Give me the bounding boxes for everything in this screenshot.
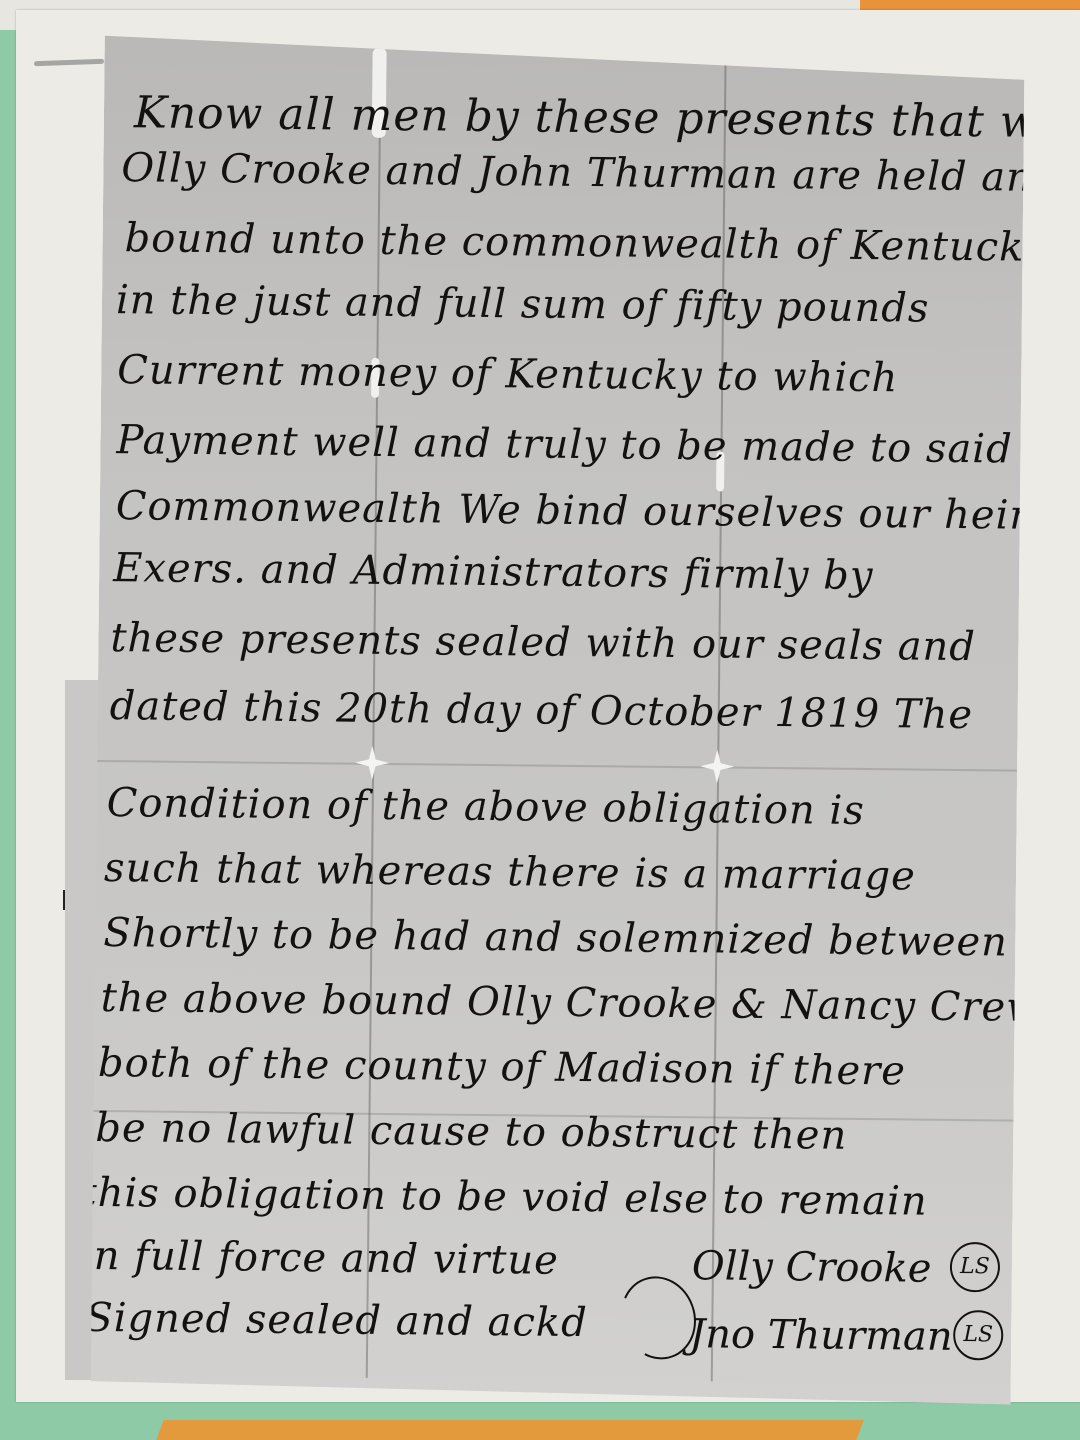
seal-ls-2: LS <box>953 1310 1004 1361</box>
text-line-6: Payment well and truly to be made to sai… <box>116 417 1013 472</box>
text-line-19: Signed sealed and ackd <box>85 1295 588 1346</box>
text-line-2: Olly Crooke and John Thurman are held an… <box>121 145 1080 202</box>
text-line-18: in full force and virtue <box>80 1233 559 1284</box>
photocopy-page: Know all men by these presents that we O… <box>91 15 1025 1405</box>
orange-folder-bottom <box>156 1420 863 1440</box>
handwritten-text: Know all men by these presents that we O… <box>91 15 1025 1405</box>
text-line-7: Commonwealth We bind ourselves our heirs <box>116 483 1052 539</box>
text-line-16: be no lawful cause to obstruct then <box>95 1105 847 1159</box>
text-line-17: this obligation to be void else to remai… <box>80 1170 927 1225</box>
text-line-4: in the just and full sum of fifty pounds <box>116 277 930 332</box>
text-line-11: Condition of the above obligation is <box>107 780 866 834</box>
signature-olly-crooke: Olly Crooke <box>692 1243 932 1292</box>
text-line-3: bound unto the commonwealth of Kentucky <box>124 215 1048 271</box>
text-line-9: these presents sealed with our seals and <box>110 615 976 670</box>
text-line-5: Current money of Kentucky to which <box>117 347 899 401</box>
text-line-8: Exers. and Administrators firmly by <box>113 545 874 599</box>
text-line-12: such that whereas there is a marriage <box>104 845 916 899</box>
text-line-1: Know all men by these presents that we <box>134 87 1066 148</box>
text-line-14: the above bound Olly Crooke & Nancy Crew… <box>100 975 1063 1031</box>
seal-ls-1: LS <box>950 1242 1001 1293</box>
text-line-13: Shortly to be had and solemnized between <box>103 910 1008 965</box>
signature-john-thurman: Jno Thurman <box>689 1311 953 1360</box>
text-line-10: dated this 20th day of October 1819 The <box>110 683 974 738</box>
text-line-15: both of the county of Madison if there <box>98 1040 906 1094</box>
